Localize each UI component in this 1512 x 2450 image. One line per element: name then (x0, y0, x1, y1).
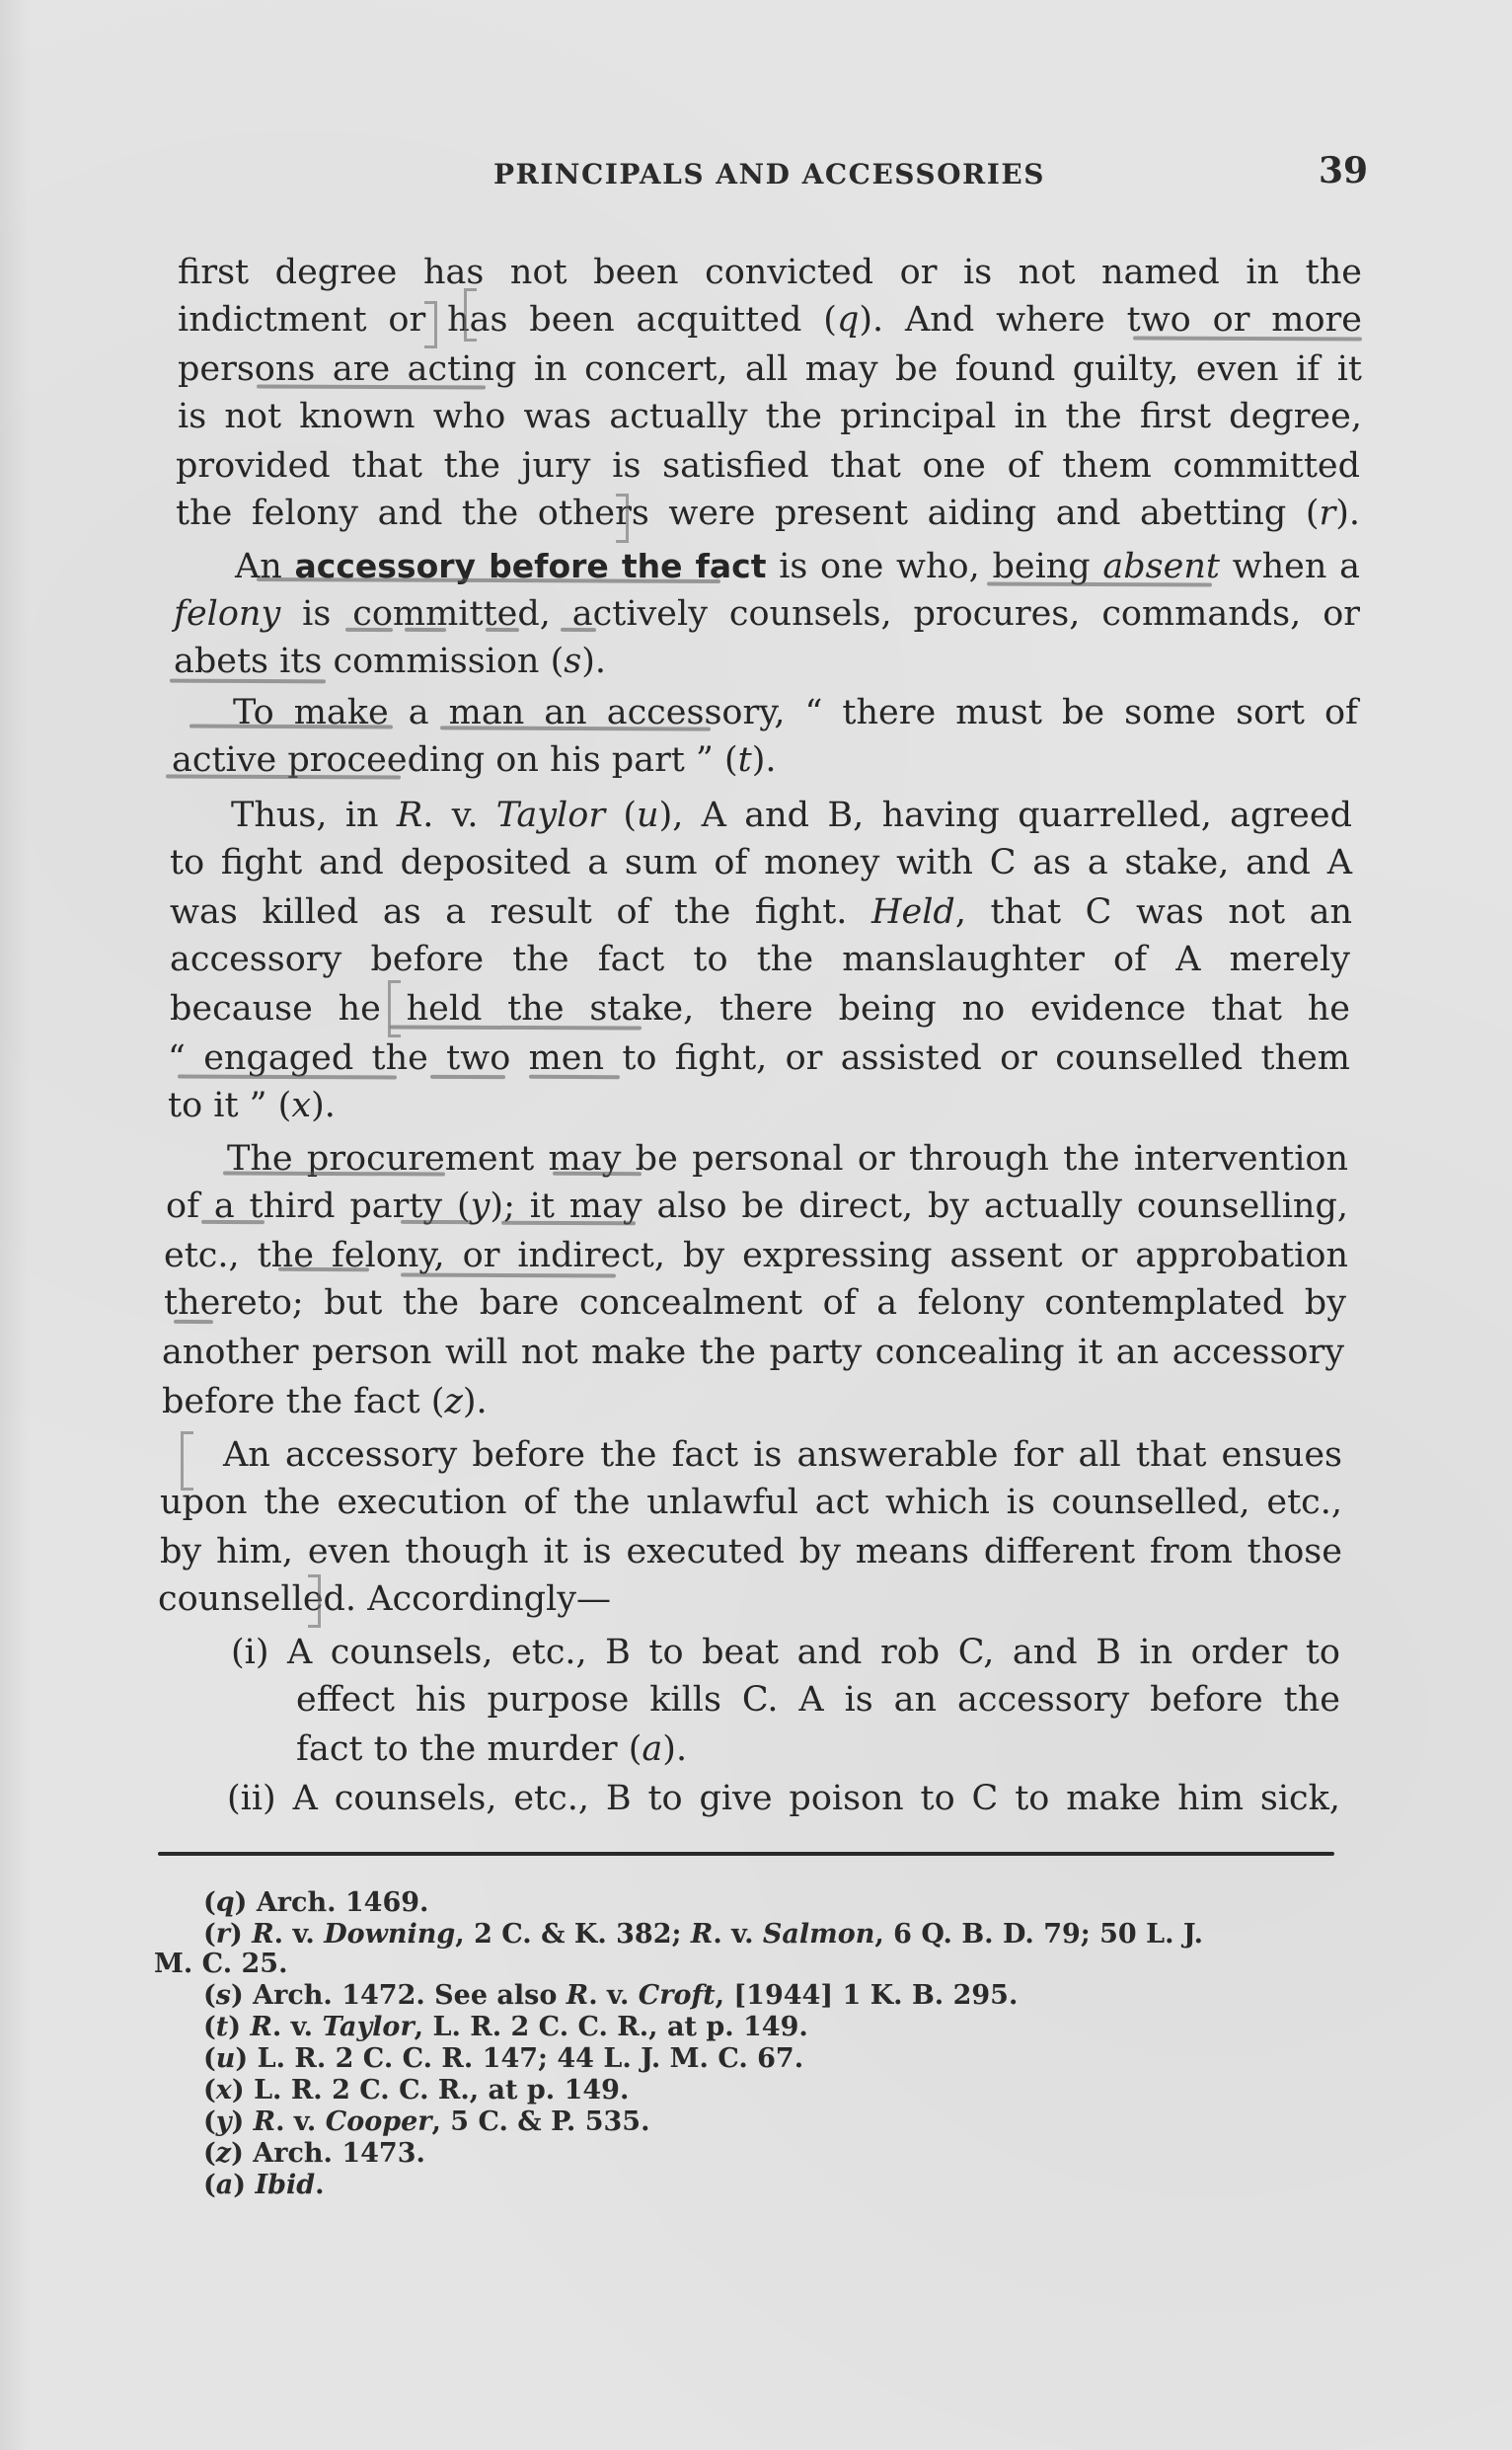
text-line: An accessory before the fact is answerab… (223, 1433, 1342, 1477)
text-line: to fight and deposited a sum of money wi… (170, 841, 1352, 884)
footnote: (y) R. v. Cooper, 5 C. & P. 535. (203, 2106, 649, 2138)
text-line: by him, even though it is executed by me… (160, 1530, 1342, 1573)
text-line: accessory before the fact to the manslau… (170, 938, 1350, 981)
text-line: to it ” (x). (168, 1084, 336, 1127)
pencil-bracket-close (308, 1574, 321, 1628)
text-line: the felony and the others were present a… (176, 492, 1360, 535)
text-line: another person will not make the party c… (162, 1331, 1344, 1374)
page-number: 39 (1319, 150, 1368, 191)
pencil-bracket-open (388, 980, 401, 1037)
pencil-underline (401, 1220, 472, 1224)
footnote: (x) L. R. 2 C. C. R., at p. 149. (203, 2075, 629, 2106)
pencil-underline (430, 1075, 505, 1079)
footnote: (t) R. v. Taylor, L. R. 2 C. C. R., at p… (203, 2012, 808, 2043)
pencil-bracket-close (424, 301, 437, 348)
footnote: (s) Arch. 1472. See also R. v. Croft, [1… (203, 1980, 1018, 2012)
pencil-underline (201, 1220, 265, 1224)
running-title: PRINCIPALS AND ACCESSORIES (493, 158, 1045, 191)
text-line: before the fact (z). (162, 1380, 488, 1423)
footnote: (q) Arch. 1469. (203, 1887, 428, 1919)
pencil-underline (170, 679, 326, 684)
pencil-underline (405, 628, 446, 632)
footnote: M. C. 25. (154, 1949, 287, 1980)
text-line: first degree has not been convicted or i… (178, 251, 1362, 294)
pencil-underline (553, 1172, 642, 1176)
text-line: To make a man an accessory, “ there must… (233, 691, 1358, 734)
pencil-underline (189, 725, 393, 729)
text-line: effect his purpose kills C. A is an acce… (296, 1678, 1340, 1722)
text-line: fact to the murder (a). (296, 1727, 687, 1771)
text-line: abets its commission (s). (174, 640, 606, 683)
pencil-underline (529, 1075, 620, 1079)
pencil-underline (501, 1221, 636, 1226)
text-line: indictment or has been acquitted (q). An… (178, 298, 1362, 342)
footnote: (a) Ibid. (203, 2170, 325, 2201)
pencil-bracket-close (616, 494, 629, 543)
text-line: because he held the stake, there being n… (170, 987, 1350, 1031)
text-line: of a third party (y); it may also be dir… (166, 1185, 1348, 1228)
pencil-underline (345, 628, 393, 632)
text-line: counselled. Accordingly— (158, 1577, 611, 1621)
pencil-underline (174, 1320, 213, 1324)
text-line: (i) A counsels, etc., B to beat and rob … (231, 1631, 1340, 1674)
text-line: is not known who was actually the princi… (178, 395, 1362, 438)
text-line: upon the execution of the unlawful act w… (160, 1481, 1342, 1524)
text-line: “ engaged the two men to fight, or assis… (168, 1036, 1350, 1080)
scanned-book-page: PRINCIPALS AND ACCESSORIES 39 first degr… (0, 0, 1512, 2450)
footnote: (u) L. R. 2 C. C. R. 147; 44 L. J. M. C.… (203, 2043, 803, 2075)
footnote-divider (158, 1852, 1334, 1856)
pencil-underline (278, 1267, 369, 1271)
pencil-bracket-open (181, 1431, 193, 1491)
text-line: thereto; but the bare concealment of a f… (164, 1281, 1346, 1325)
pencil-underline (486, 628, 519, 632)
text-line: Thus, in R. v. Taylor (u), A and B, havi… (231, 794, 1352, 837)
footnote: (r) R. v. Downing, 2 C. & K. 382; R. v. … (203, 1919, 1203, 1951)
text-line: provided that the jury is satisfied that… (176, 444, 1360, 488)
pencil-bracket-open (464, 288, 477, 342)
text-line: (ii) A counsels, etc., B to give poison … (227, 1777, 1340, 1820)
pencil-underline (561, 628, 596, 632)
footnote: (z) Arch. 1473. (203, 2138, 425, 2170)
text-line: was killed as a result of the fight. Hel… (170, 890, 1352, 934)
